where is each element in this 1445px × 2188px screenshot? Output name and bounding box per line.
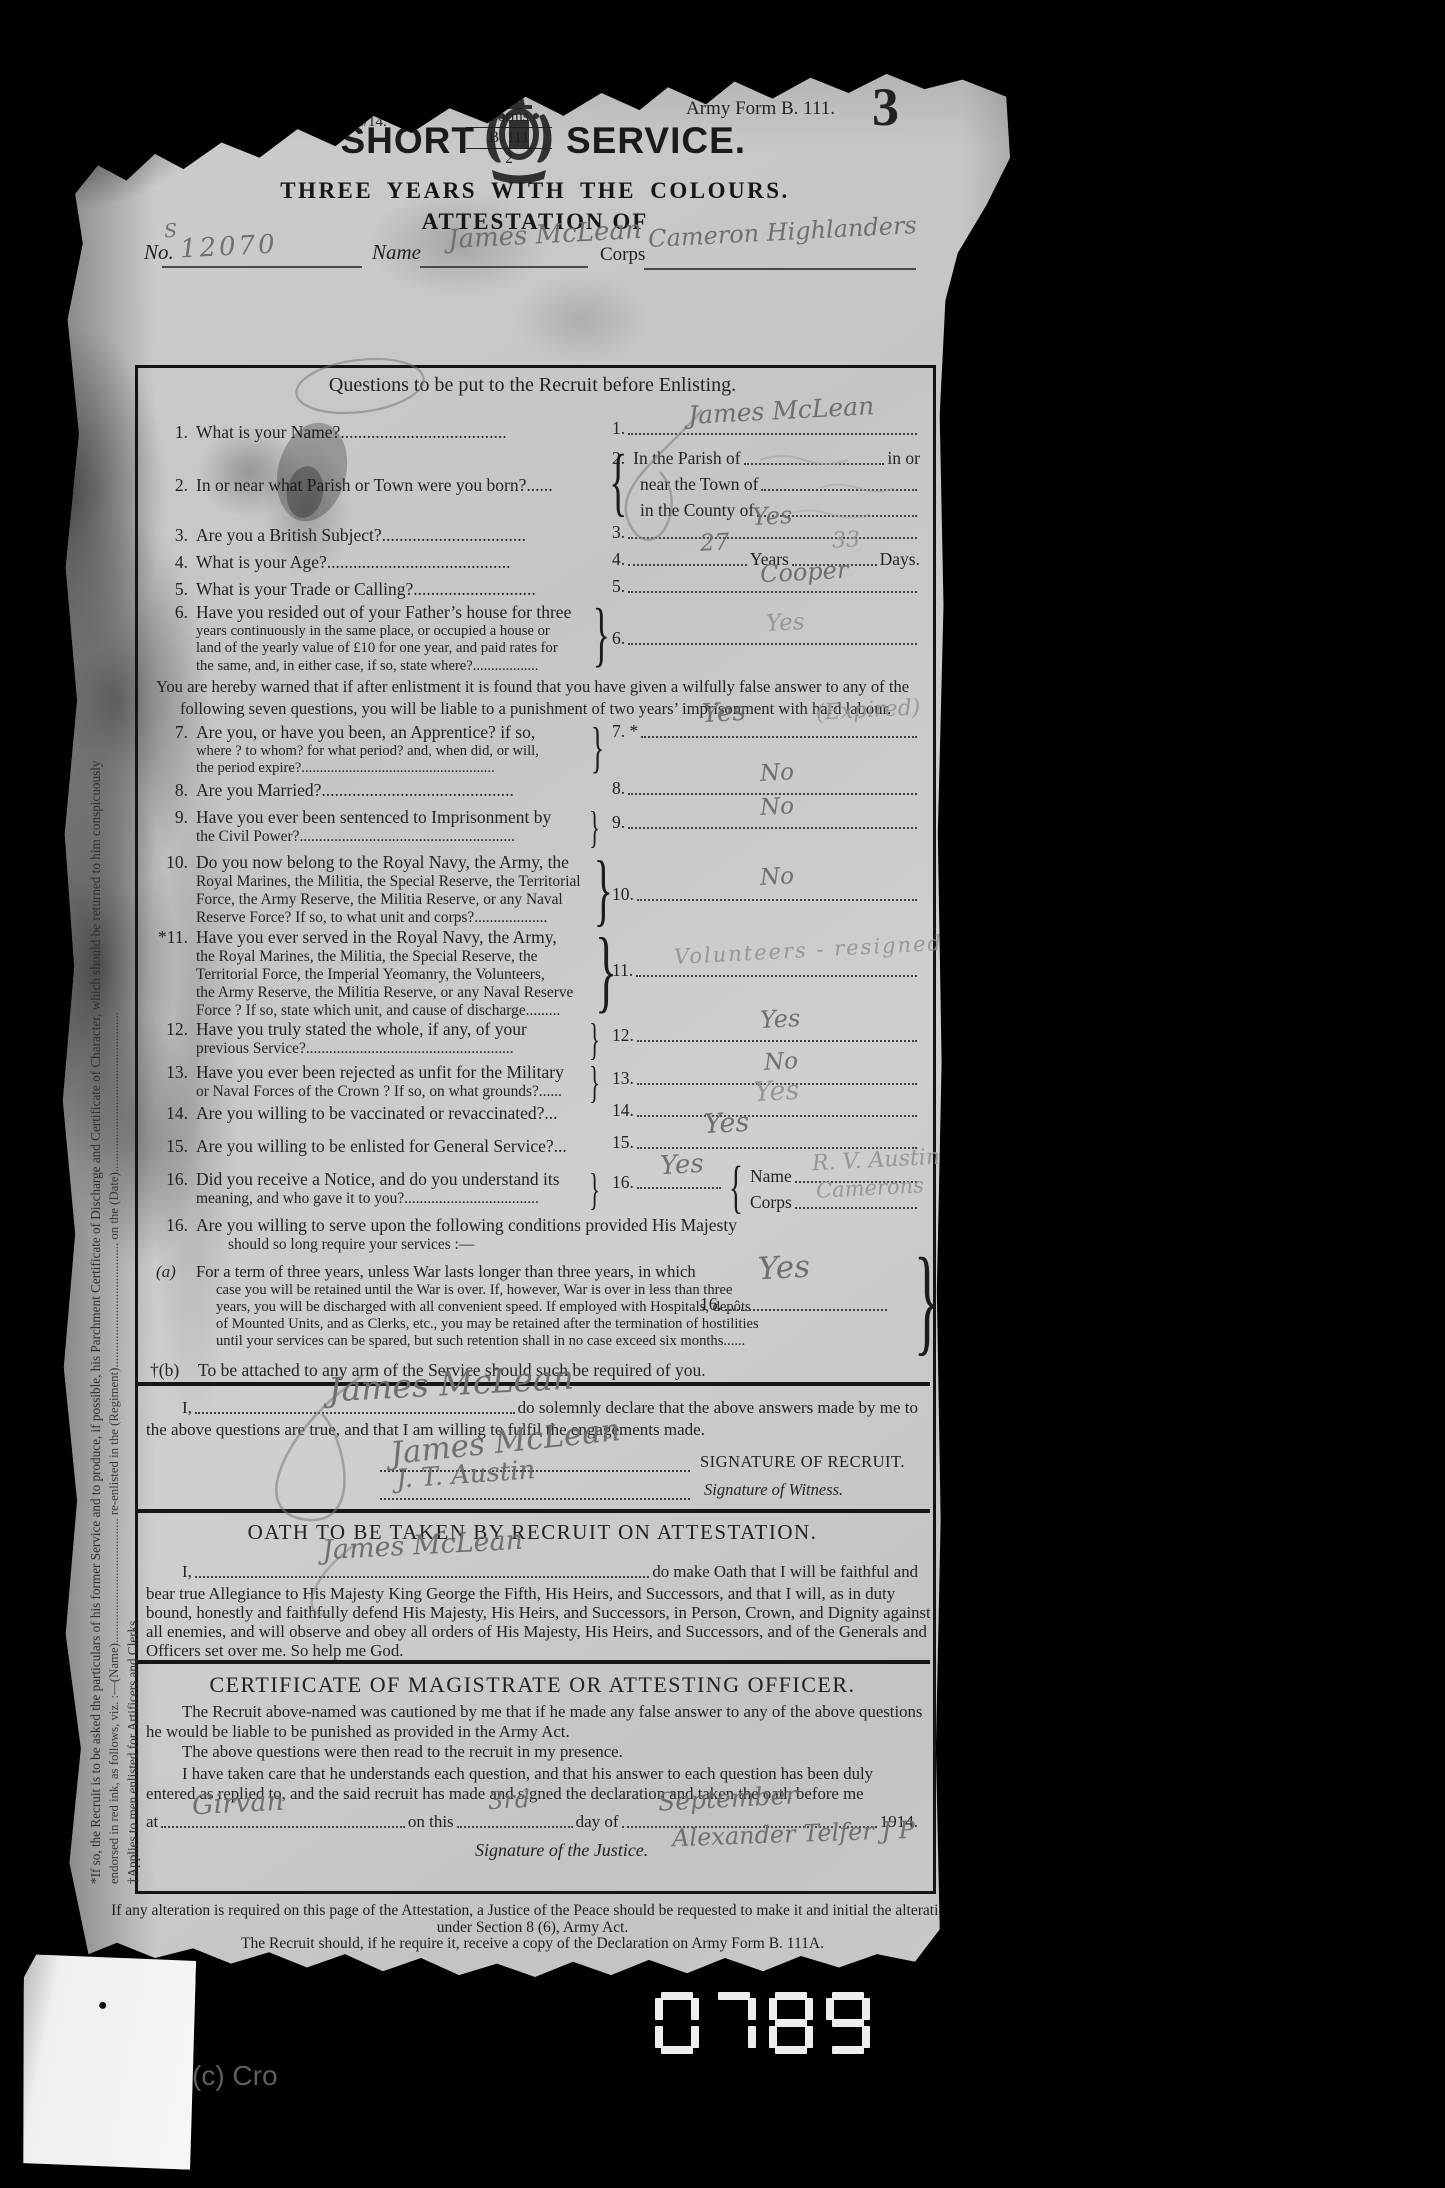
answer-6-handwriting: Yes — [765, 609, 805, 637]
answer-4-years-handwriting: 27 — [699, 529, 730, 556]
counter-digit-0 — [655, 1992, 699, 2054]
warning-line-1: You are hereby warned that if after enli… — [156, 677, 909, 697]
footer-line-3: The Recruit should, if he require it, re… — [85, 1935, 980, 1953]
question-16-text: Did you receive a Notice, and do you und… — [196, 1169, 560, 1190]
oath-line-1: I,do make Oath that I will be faithful a… — [182, 1562, 918, 1582]
answer-2-town: near the Town of — [640, 474, 920, 495]
question-7: 7. Are you, or have you been, an Apprent… — [148, 722, 539, 778]
question-12-brace: } — [589, 1018, 600, 1062]
condition-a-line5: until your services can be spared, but s… — [216, 1333, 745, 1350]
no-label: No. — [144, 240, 174, 265]
certificate-day-handwriting: 3rd — [487, 1785, 531, 1815]
question-13-number: 13. — [148, 1062, 188, 1083]
question-2-text: In or near what Parish or Town were you … — [196, 475, 553, 496]
question-1-number: 1. — [148, 422, 188, 443]
condition-a-line1: For a term of three years, unless War la… — [196, 1262, 696, 1282]
royal-crest-icon — [480, 84, 558, 190]
justice-signature-label: Signature of the Justice. — [475, 1840, 648, 1861]
printer-imprint: 10,000—M. & Co., Edin.—8/14. — [188, 114, 387, 131]
corps-underline — [644, 266, 916, 270]
oath-line-3: bound, honestly and faithfully defend Hi… — [146, 1603, 931, 1623]
frame-counter — [655, 1992, 870, 2054]
oath-line-4: all enemies, and will observe and obey a… — [146, 1622, 927, 1642]
question-13-brace: } — [589, 1061, 600, 1105]
question-14-text: Are you willing to be vaccinated or reva… — [196, 1103, 558, 1124]
question-12-text: Have you truly stated the whole, if any,… — [196, 1019, 527, 1040]
margin-note-former-service: *If so, the Recruit is to be asked the p… — [88, 319, 104, 1884]
question-6-brace: } — [593, 598, 610, 670]
question-2-brace: { — [609, 444, 627, 520]
copyright-watermark: (c) Cro — [192, 2060, 278, 2092]
question-16b: 16. Are you willing to serve upon the fo… — [148, 1215, 737, 1254]
question-8-text: Are you Married?........................… — [196, 780, 514, 801]
certificate-para1-line1: The Recruit above-named was cautioned by… — [182, 1702, 922, 1722]
question-16: 16. Did you receive a Notice, and do you… — [148, 1169, 560, 1208]
counter-digit-8 — [769, 1992, 813, 2054]
question-16b-intro2: should so long require your services :— — [228, 1236, 737, 1254]
question-12-number: 12. — [148, 1019, 188, 1040]
question-9-text: Have you ever been sentenced to Imprison… — [196, 807, 551, 828]
answer-16b-handwriting: Yes — [757, 1249, 811, 1288]
question-14-number: 14. — [148, 1103, 188, 1124]
answer-7-handwriting: Yes — [701, 697, 746, 729]
no-underline — [162, 264, 362, 268]
counter-digit-9 — [826, 1992, 870, 2054]
answer-8-handwriting: No — [759, 759, 794, 787]
question-15-number: 15. — [148, 1136, 188, 1157]
witness-signature-line — [380, 1496, 690, 1500]
question-5: 5. What is your Trade or Calling?.......… — [148, 579, 536, 600]
question-15: 15. Are you willing to be enlisted for G… — [148, 1136, 567, 1157]
answer-13-handwriting: No — [763, 1048, 798, 1076]
paper-document: 10,000—M. & Co., Edin.—8/14. Forms B. 11… — [60, 72, 1010, 1977]
question-11-number: *11. — [148, 927, 188, 948]
counter-digit-7 — [712, 1992, 756, 2054]
question-3-text: Are you a British Subject?..............… — [196, 525, 526, 546]
question-8-number: 8. — [148, 780, 188, 801]
title-service: SERVICE. — [566, 120, 746, 162]
page-number: 3 — [872, 76, 899, 138]
condition-a-line4: of Mounted Units, and as Clerks, etc., y… — [216, 1316, 759, 1333]
answer-16b: 16. — [700, 1294, 890, 1315]
question-6: 6. Have you resided out of your Father’s… — [148, 602, 571, 675]
question-1: 1. What is your Name?...................… — [148, 422, 507, 443]
answer-9-handwriting: No — [759, 793, 794, 821]
answer-10-handwriting: No — [759, 863, 794, 891]
margin-note-artificers: †Applies to men enlisted for Artificers … — [125, 1364, 141, 1884]
subtitle: THREE YEARS WITH THE COLOURS. — [210, 178, 860, 204]
answer-4-days-handwriting: 33 — [831, 527, 860, 553]
service-number-prefix: S — [163, 220, 177, 243]
certificate-para1-line2: he would be liable to be punished as pro… — [146, 1722, 570, 1742]
condition-a-label: (a) — [156, 1262, 176, 1282]
warning-line-2: following seven questions, you will be l… — [180, 699, 891, 719]
royal-crest — [480, 84, 558, 190]
service-number-value: 12070 — [179, 229, 278, 264]
question-9: 9. Have you ever been sentenced to Impri… — [148, 807, 551, 846]
question-16b-number: 16. — [148, 1215, 188, 1236]
question-12: 12. Have you truly stated the whole, if … — [148, 1019, 527, 1058]
certificate-heading: CERTIFICATE OF MAGISTRATE OR ATTESTING O… — [135, 1672, 930, 1698]
name-underline — [420, 264, 588, 268]
question-4-number: 4. — [148, 552, 188, 573]
answer-7: 7. * — [612, 721, 920, 742]
witness-signature-label: Signature of Witness. — [704, 1480, 843, 1500]
question-16-number: 16. — [148, 1169, 188, 1190]
question-3: 3. Are you a British Subject?...........… — [148, 525, 526, 546]
question-4: 4. What is your Age?....................… — [148, 552, 510, 573]
card-dot — [99, 2002, 106, 2009]
answer-14-handwriting: Yes — [753, 1075, 800, 1108]
question-13-text: Have you ever been rejected as unfit for… — [196, 1062, 564, 1083]
margin-note-red-ink: endorsed in red ink, as follows, viz. :—… — [107, 319, 122, 1884]
scanned-attestation-page: { "header": { "printer": "10,000—M. & Co… — [0, 0, 1445, 2188]
question-11-text: Have you ever served in the Royal Navy, … — [196, 927, 573, 948]
section-divider-2 — [135, 1509, 930, 1513]
question-6-text: Have you resided out of your Father’s ho… — [196, 602, 571, 623]
question-14: 14. Are you willing to be vaccinated or … — [148, 1103, 558, 1124]
question-8: 8. Are you Married?.....................… — [148, 780, 514, 801]
question-9-brace: } — [589, 806, 600, 850]
question-7-text: Are you, or have you been, an Apprentice… — [196, 722, 539, 743]
footer-line-1: If any alteration is required on this pa… — [85, 1902, 980, 1920]
answer-16-brace: { — [729, 1158, 743, 1216]
oath-line-2: bear true Allegiance to His Majesty King… — [146, 1584, 895, 1604]
certificate-para2: The above questions were then read to th… — [182, 1742, 623, 1762]
answer-3-handwriting: Yes — [751, 501, 793, 531]
question-10-text: Do you now belong to the Royal Navy, the… — [196, 852, 581, 873]
oath-heading: OATH TO BE TAKEN BY RECRUIT ON ATTESTATI… — [135, 1520, 930, 1545]
declaration-line-1: I,do solemnly declare that the above ans… — [182, 1398, 918, 1418]
oath-line-5: Officers set over me. So help me God. — [146, 1641, 403, 1661]
question-1-text: What is your Name?......................… — [196, 422, 507, 443]
question-5-text: What is your Trade or Calling?..........… — [196, 579, 536, 600]
condition-b-label: †(b) — [150, 1360, 179, 1381]
answer-15-handwriting: Yes — [703, 1107, 750, 1140]
question-16b-intro1: Are you willing to serve upon the follow… — [196, 1215, 737, 1236]
question-11: *11. Have you ever served in the Royal N… — [148, 927, 573, 1020]
answer-2-parish: 2.In the Parish ofin or — [612, 448, 920, 469]
question-9-number: 9. — [148, 807, 188, 828]
reference-card — [20, 1954, 196, 2170]
question-4-text: What is your Age?.......................… — [196, 552, 510, 573]
question-3-number: 3. — [148, 525, 188, 546]
question-15-text: Are you willing to be enlisted for Gener… — [196, 1136, 567, 1157]
question-5-number: 5. — [148, 579, 188, 600]
name-label: Name — [372, 240, 421, 265]
corps-label: Corps — [600, 244, 645, 266]
answer-12-handwriting: Yes — [759, 1004, 801, 1034]
title-short: SHORT — [312, 120, 475, 162]
question-11-brace: } — [595, 924, 617, 1016]
answer-16-handwriting: Yes — [659, 1149, 704, 1181]
question-10-number: 10. — [148, 852, 188, 873]
answer-5-handwriting: Cooper — [759, 556, 849, 589]
condition-a-line3: years, you will be discharged with all c… — [216, 1299, 751, 1316]
condition-a-line2: case you will be retained until the War … — [216, 1282, 732, 1299]
recruit-signature-label: SIGNATURE OF RECRUIT. — [700, 1452, 905, 1472]
section-divider-3 — [135, 1660, 930, 1664]
question-7-number: 7. — [148, 722, 188, 743]
question-7-brace: } — [591, 720, 604, 776]
question-10: 10. Do you now belong to the Royal Navy,… — [148, 852, 581, 927]
question-2-number: 2. — [148, 475, 188, 496]
question-2: 2. In or near what Parish or Town were y… — [148, 475, 553, 496]
question-10-brace: } — [594, 850, 613, 930]
question-6-number: 6. — [148, 602, 188, 623]
army-form-reference: Army Form B. 111. — [686, 98, 835, 120]
conditions-brace: } — [914, 1240, 940, 1360]
question-16-brace: } — [589, 1168, 600, 1212]
question-13: 13. Have you ever been rejected as unfit… — [148, 1062, 564, 1101]
certificate-place-handwriting: Girvan — [191, 1786, 284, 1822]
